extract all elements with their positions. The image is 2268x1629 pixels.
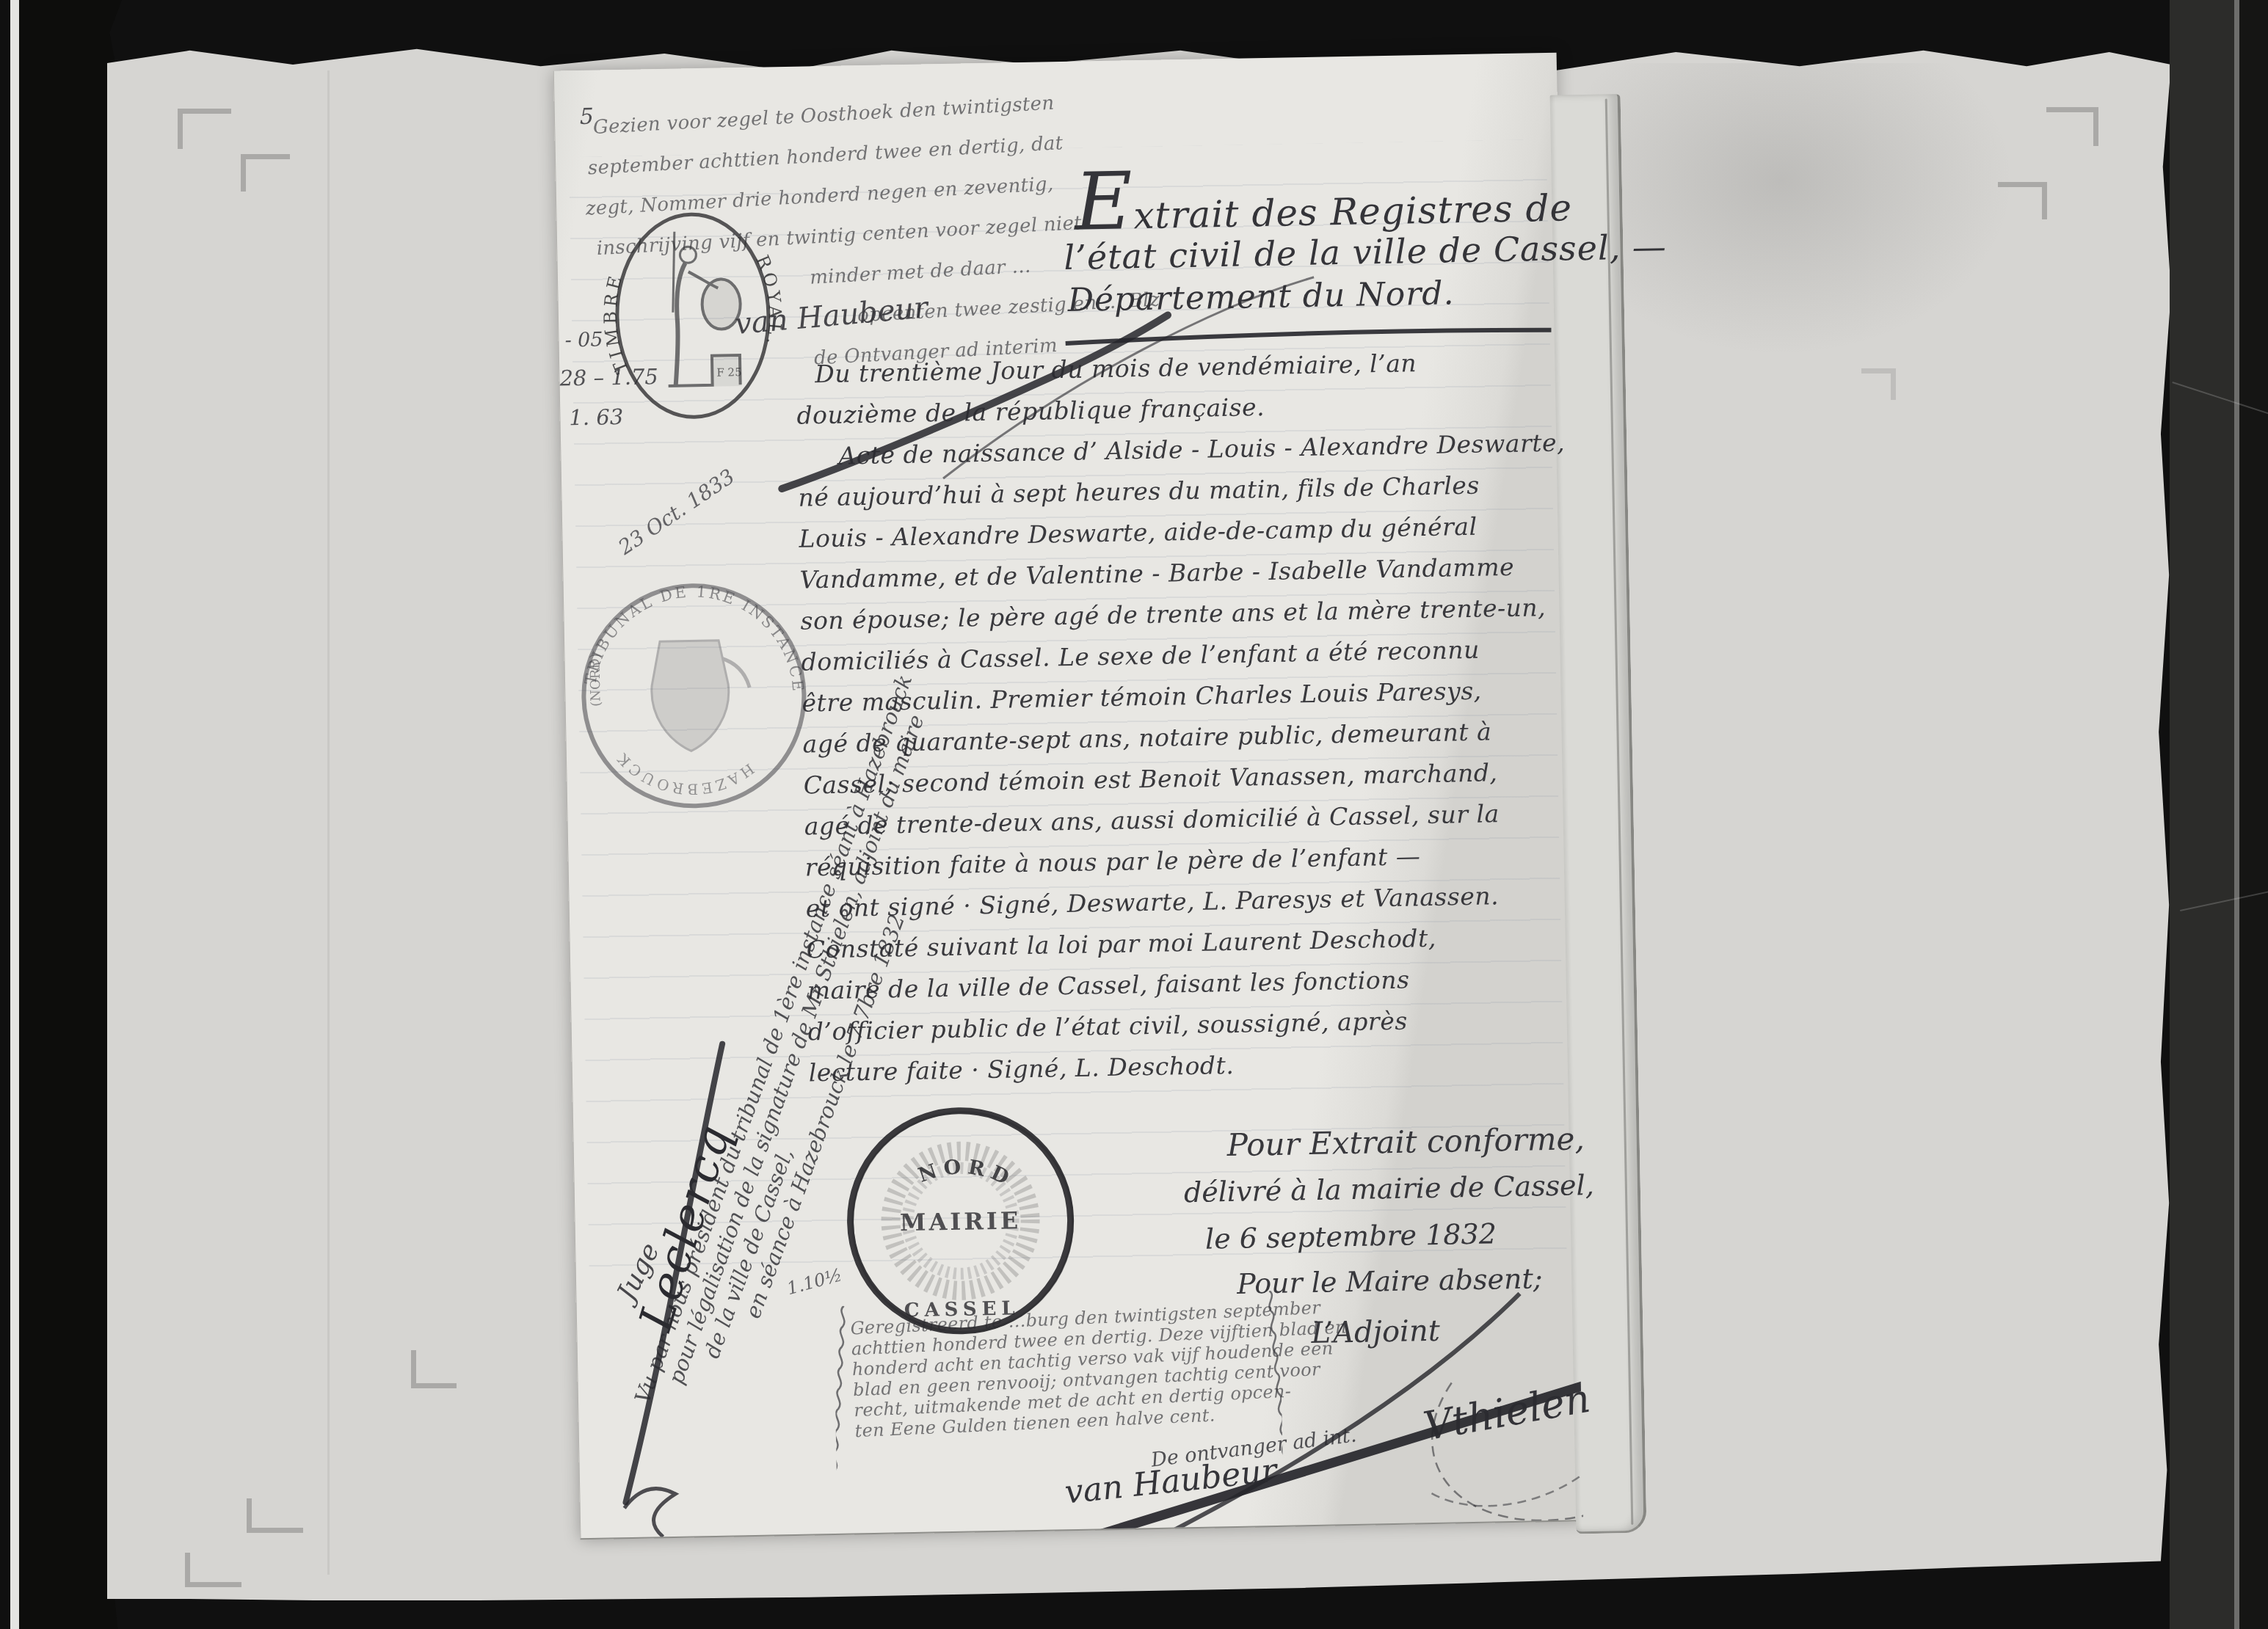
timbre-left-text: TIMBRE	[600, 270, 633, 376]
closing-line: Pour le Maire absent;	[1237, 1262, 1543, 1300]
tribunal-bottom-text: HAZEBROUCK	[611, 746, 757, 800]
film-right-band	[2170, 0, 2234, 1629]
mairie-center-text: MAIRIE	[900, 1206, 1022, 1236]
fiducial-mark	[2046, 107, 2098, 146]
fee-amount-1: - 05	[564, 329, 603, 352]
fiducial-mark	[1998, 182, 2047, 219]
fiducial-mark	[247, 1498, 303, 1533]
document-page: 5 Gezien voor zegel te Oosthoek den twin…	[553, 53, 1583, 1540]
film-right-edge-line	[2234, 0, 2239, 1629]
film-right-black-edge	[2239, 0, 2268, 1629]
fiducial-mark	[241, 154, 290, 192]
tribunal-left-text: (NORD)	[587, 653, 603, 707]
annotation-line: Gezien voor zegel te Oosthoek den twinti…	[592, 92, 1055, 139]
timbre-figure-icon	[666, 230, 742, 387]
fiducial-mark	[185, 1553, 241, 1587]
tribunal-emblem-icon	[651, 640, 751, 751]
film-edge-slit	[10, 0, 19, 1629]
film-left-band	[19, 0, 122, 1629]
fee-amount-2: 28 – 1.75	[559, 364, 658, 390]
fiducial-mark	[1861, 368, 1896, 400]
mairie-cassel-stamp: NORD MAIRIE CASSEL	[839, 1099, 1083, 1343]
microfilm-scan: 5 Gezien voor zegel te Oosthoek den twin…	[0, 0, 2268, 1629]
heading-line-3: Département du Nord.	[1067, 274, 1455, 319]
closing-line: le 6 septembre 1832	[1205, 1217, 1497, 1255]
dutch-registration-block: Geregistreerd te …burg den twintigsten s…	[850, 1296, 1351, 1441]
backing-crease-line	[327, 70, 330, 1575]
closing-line: Pour Extrait conforme,	[1226, 1120, 1585, 1163]
tribunal-hazebrouck-stamp: TRIBUNAL DE 1RE INSTANCE HAZEBROUCK (NOR…	[570, 572, 817, 819]
svg-text:TIMBRE: TIMBRE	[600, 270, 633, 376]
fiducial-mark	[411, 1350, 457, 1388]
adjoint-signature: Vthielen	[1420, 1375, 1593, 1450]
timbre-value: F 25	[716, 365, 742, 379]
timbre-royal-stamp: TIMBRE ROYAL. F 25	[597, 200, 788, 431]
svg-text:ROYAL.: ROYAL.	[752, 252, 786, 350]
svg-text:HAZEBROUCK: HAZEBROUCK	[611, 746, 757, 800]
fiducial-mark	[178, 109, 231, 149]
fee-amount-3: 1. 63	[569, 404, 623, 430]
timbre-right-text: ROYAL.	[752, 252, 786, 350]
